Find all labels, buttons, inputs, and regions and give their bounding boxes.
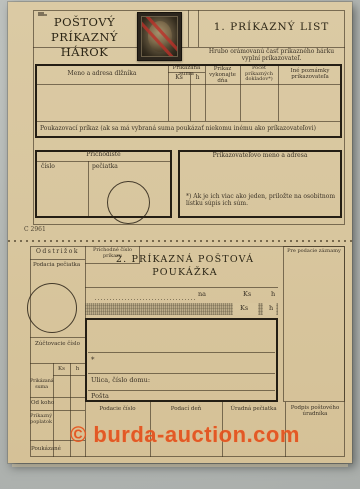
form1-title: POŠTOVÝ PRÍKAZNÝ HÁROK bbox=[33, 15, 136, 60]
row-sum-label: Prikázaná suma bbox=[30, 379, 53, 390]
remittance-note: Poukazovací príkaz (ak sa má vybraná sum… bbox=[40, 126, 335, 133]
arrival-number-label: číslo bbox=[41, 164, 55, 171]
col-docs-header: Počet príkazných dokladov*) bbox=[241, 66, 277, 83]
col-sum-ks: Ks bbox=[168, 75, 190, 82]
paper-edge bbox=[12, 464, 348, 467]
records-label: Pre podacie záznamy bbox=[283, 249, 345, 255]
posting-stamp-label: Podacia pečiatka bbox=[33, 262, 85, 268]
arrival-stamp-label: pečiatka bbox=[92, 164, 118, 171]
perforation-line bbox=[8, 240, 352, 242]
auction-watermark: © burda-auction.com bbox=[50, 422, 320, 448]
amount-h-label: h bbox=[271, 291, 275, 298]
col-clerk-signature: Podpis poštového úradníka bbox=[286, 405, 344, 417]
posting-postmark-circle bbox=[27, 283, 77, 333]
stamp-portrait bbox=[141, 16, 178, 57]
row-from-label: Od koho bbox=[31, 400, 54, 406]
orderer-title: Príkazovateľovo meno a adresa bbox=[180, 153, 340, 160]
form1-instruction: Hrubo orámovanú časť príkazného hárku vy… bbox=[200, 49, 343, 62]
street-label: Ulica, číslo domu: bbox=[91, 377, 150, 384]
account-number-label: Zúčtovacie číslo bbox=[30, 341, 85, 347]
postmark-circle bbox=[107, 181, 150, 224]
form1-title-line2: PRÍKAZNÝ HÁROK bbox=[33, 30, 136, 60]
counterfoil-h-header: h bbox=[70, 366, 85, 372]
band-h-label: h bbox=[269, 305, 273, 312]
counterfoil-ks-header: Ks bbox=[53, 366, 70, 372]
form2-title-line2: POUKÁŽKA bbox=[95, 266, 275, 279]
divider bbox=[30, 363, 85, 364]
divider bbox=[30, 410, 85, 411]
form2-section-title: 2. PRÍKAZNÁ POŠTOVÁ POUKÁŽKA bbox=[95, 253, 275, 279]
records-box-border bbox=[283, 246, 345, 402]
divider bbox=[30, 337, 85, 338]
arrival-title: Príchodište bbox=[37, 152, 170, 159]
divider bbox=[30, 259, 85, 260]
divider bbox=[30, 397, 85, 398]
orderer-footnote: *) Ak je ich viac ako jeden, priložte na… bbox=[186, 194, 336, 207]
col-execute-header: Príkaz vykonajte dňa bbox=[206, 66, 239, 84]
post-office-label: Pošta bbox=[91, 393, 109, 400]
amount-prefix: na bbox=[198, 291, 206, 298]
scanned-postal-form: POŠTOVÝ PRÍKAZNÝ HÁROK 1. PRÍKAZNÝ LIST … bbox=[0, 0, 360, 489]
form-code: C 2961 bbox=[24, 227, 46, 234]
col-official-stamp: Úradná pečiatka bbox=[222, 406, 285, 412]
counterfoil-title: Odstrižok bbox=[30, 249, 85, 256]
form1-section-title: 1. PRÍKAZNÝ LIST bbox=[198, 21, 345, 33]
dotted-leader bbox=[95, 299, 195, 300]
arrival-box-border bbox=[35, 150, 172, 218]
divider bbox=[85, 287, 278, 288]
form1-title-line1: POŠTOVÝ bbox=[33, 15, 136, 30]
divider bbox=[53, 375, 85, 376]
band-ks-label: Ks bbox=[240, 305, 248, 312]
col-posting-number: Podacie číslo bbox=[85, 406, 150, 412]
address-box-border bbox=[85, 318, 278, 402]
orderer-box-border bbox=[178, 150, 342, 218]
col-notes-header: Iné poznámky príkazovateľa bbox=[279, 68, 341, 80]
col-sum-h: h bbox=[190, 75, 205, 82]
address-star: * bbox=[91, 356, 95, 364]
amount-ks-label: Ks bbox=[243, 291, 251, 298]
col-posting-day: Podací deň bbox=[150, 406, 222, 412]
form2-title-line1: 2. PRÍKAZNÁ POŠTOVÁ bbox=[95, 253, 275, 266]
col-debtor-header: Meno a adresa dlžníka bbox=[36, 71, 168, 78]
postage-stamp-icon bbox=[137, 12, 182, 61]
divider bbox=[188, 10, 189, 47]
